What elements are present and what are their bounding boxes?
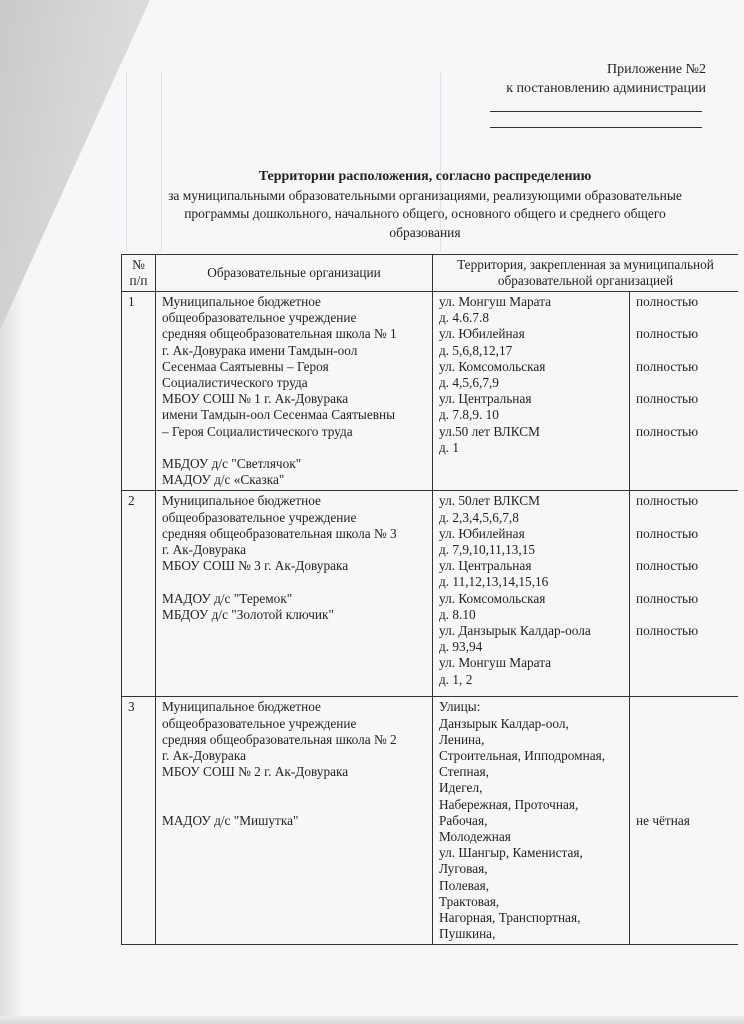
header-territory-line: Территория, закрепленная за муниципально… bbox=[437, 257, 734, 273]
text-line: ул. Юбилейная bbox=[439, 526, 623, 542]
text-line: ул.50 лет ВЛКСМ bbox=[439, 424, 623, 440]
header-org: Образовательные организации bbox=[156, 255, 433, 292]
title-line-3: программы дошкольного, начального общего… bbox=[120, 205, 730, 224]
annex-number: Приложение №2 bbox=[506, 60, 706, 79]
row-number: 3 bbox=[122, 697, 156, 945]
text-line: МАДОУ д/с «Сказка" bbox=[162, 472, 426, 488]
text-line: средняя общеобразовательная школа № 3 bbox=[162, 526, 426, 542]
status-value: полностью bbox=[636, 623, 732, 655]
org-cell: Муниципальное бюджетноеобщеобразовательн… bbox=[156, 697, 433, 945]
header-num-line: п/п bbox=[126, 273, 151, 289]
status-cell: полностьюполностьюполностьюполностьюполн… bbox=[630, 491, 739, 697]
text-line: Степная, bbox=[439, 764, 623, 780]
text-line: Трактовая, bbox=[439, 894, 623, 910]
streets-cell: ул. Монгуш Маратад. 4.6.7.8ул. Юбилейная… bbox=[433, 292, 630, 491]
text-line: МБОУ СОШ № 1 г. Ак-Довурака bbox=[162, 391, 426, 407]
text-line: г. Ак-Довурака имени Тамдын-оол bbox=[162, 343, 426, 359]
text-line: Пушкина, bbox=[439, 926, 623, 942]
table-row: 1 Муниципальное бюджетноеобщеобразовател… bbox=[122, 292, 739, 491]
text-line: Нагорная, Транспортная, bbox=[439, 910, 623, 926]
org-cell: Муниципальное бюджетноеобщеобразовательн… bbox=[156, 491, 433, 697]
header-territory: Территория, закрепленная за муниципально… bbox=[433, 255, 739, 292]
org-cell: Муниципальное бюджетноеобщеобразовательн… bbox=[156, 292, 433, 491]
text-line: общеобразовательное учреждение bbox=[162, 510, 426, 526]
signature-line-2 bbox=[490, 127, 702, 128]
text-line: Социалистического труда bbox=[162, 375, 426, 391]
text-line: Набережная, Проточная, bbox=[439, 797, 623, 813]
status-value: полностью bbox=[636, 391, 732, 423]
text-line: д. 1 bbox=[439, 440, 623, 456]
text-line: д. 8.10 bbox=[439, 607, 623, 623]
text-line: ул. Монгуш Марата bbox=[439, 655, 623, 671]
territory-table: № п/п Образовательные организации Террит… bbox=[121, 254, 738, 945]
table-header-row: № п/п Образовательные организации Террит… bbox=[122, 255, 739, 292]
title-line-4: образования bbox=[120, 224, 730, 243]
text-line: д. 4.6.7.8 bbox=[439, 310, 623, 326]
header-territory-line: образовательной организацией bbox=[437, 273, 734, 289]
text-line: Ленина, bbox=[439, 732, 623, 748]
text-line: средняя общеобразовательная школа № 1 bbox=[162, 326, 426, 342]
text-line: Сесенмаа Саятыевны – Героя bbox=[162, 359, 426, 375]
text-line: д. 7,9,10,11,13,15 bbox=[439, 542, 623, 558]
text-line: Полевая, bbox=[439, 878, 623, 894]
text-line: Луговая, bbox=[439, 861, 623, 877]
document-title: Территории расположения, согласно распре… bbox=[120, 168, 730, 242]
text-line: МБОУ СОШ № 3 г. Ак-Довурака bbox=[162, 558, 426, 574]
header-num-line: № bbox=[126, 257, 151, 273]
text-line: ул. Центральная bbox=[439, 391, 623, 407]
text-line: Данзырык Калдар-оол, bbox=[439, 716, 623, 732]
text-line: Идегел, bbox=[439, 780, 623, 796]
text-line: МАДОУ д/с "Теремок" bbox=[162, 591, 426, 607]
text-line: общеобразовательное учреждение bbox=[162, 716, 426, 732]
title-line-2: за муниципальными образовательными орган… bbox=[120, 187, 730, 206]
text-line: МБДОУ д/с "Светлячок" bbox=[162, 456, 426, 472]
header-num: № п/п bbox=[122, 255, 156, 292]
title-main: Территории расположения, согласно распре… bbox=[120, 168, 730, 187]
text-line: Строительная, Ипподромная, bbox=[439, 748, 623, 764]
status-value: полностью bbox=[636, 294, 732, 326]
status-value: полностью bbox=[636, 591, 732, 623]
text-line: Улицы: bbox=[439, 699, 623, 715]
text-line: имени Тамдын-оол Сесенмаа Саятыевны bbox=[162, 407, 426, 423]
text-line: МБОУ СОШ № 2 г. Ак-Довурака bbox=[162, 764, 426, 780]
signature-line-1 bbox=[490, 111, 702, 112]
blank-line bbox=[162, 797, 426, 813]
status-value: полностью bbox=[636, 526, 732, 558]
annex-header: Приложение №2 к постановлению администра… bbox=[506, 60, 706, 98]
blank-line bbox=[162, 440, 426, 456]
blank-line bbox=[162, 574, 426, 590]
status-cell: полностьюполностьюполностьюполностьюполн… bbox=[630, 292, 739, 491]
status-value: полностью bbox=[636, 558, 732, 590]
text-line: Муниципальное бюджетное bbox=[162, 699, 426, 715]
text-line: ул. 50лет ВЛКСМ bbox=[439, 493, 623, 509]
text-line: д. 4,5,6,7,9 bbox=[439, 375, 623, 391]
text-line: МБДОУ д/с "Золотой ключик" bbox=[162, 607, 426, 623]
row-number: 1 bbox=[122, 292, 156, 491]
status-value: полностью bbox=[636, 424, 732, 456]
status-value: полностью bbox=[636, 493, 732, 525]
status-value: полностью bbox=[636, 326, 732, 358]
text-line: ул. Данзырык Калдар-оола bbox=[439, 623, 623, 639]
text-line: д. 7.8,9. 10 bbox=[439, 407, 623, 423]
text-line: средняя общеобразовательная школа № 2 bbox=[162, 732, 426, 748]
blank-line bbox=[162, 780, 426, 796]
table-row: 3 Муниципальное бюджетноеобщеобразовател… bbox=[122, 697, 739, 945]
status-value: полностью bbox=[636, 359, 732, 391]
text-line: г. Ак-Довурака bbox=[162, 748, 426, 764]
streets-cell: Улицы:Данзырык Калдар-оол,Ленина,Строите… bbox=[433, 697, 630, 945]
text-line: ул. Юбилейная bbox=[439, 326, 623, 342]
text-line: д. 11,12,13,14,15,16 bbox=[439, 574, 623, 590]
text-line: общеобразовательное учреждение bbox=[162, 310, 426, 326]
text-line: ул. Центральная bbox=[439, 558, 623, 574]
text-line: Муниципальное бюджетное bbox=[162, 294, 426, 310]
text-line: д. 2,3,4,5,6,7,8 bbox=[439, 510, 623, 526]
text-line: д. 1, 2 bbox=[439, 672, 623, 688]
text-line: МАДОУ д/с "Мишутка" bbox=[162, 813, 426, 829]
text-line: д. 5,6,8,12,17 bbox=[439, 343, 623, 359]
row-number: 2 bbox=[122, 491, 156, 697]
text-line: Молодежная bbox=[439, 829, 623, 845]
text-line: г. Ак-Довурака bbox=[162, 542, 426, 558]
text-line: ул. Комсомольская bbox=[439, 359, 623, 375]
text-line: ул. Монгуш Марата bbox=[439, 294, 623, 310]
text-line: ул. Шангыр, Каменистая, bbox=[439, 845, 623, 861]
text-line: Рабочая, bbox=[439, 813, 623, 829]
status-cell: не чётная bbox=[630, 697, 739, 945]
text-line: д. 93,94 bbox=[439, 639, 623, 655]
text-line: Муниципальное бюджетное bbox=[162, 493, 426, 509]
annex-subtitle: к постановлению администрации bbox=[506, 79, 706, 98]
streets-cell: ул. 50лет ВЛКСМд. 2,3,4,5,6,7,8 ул. Юбил… bbox=[433, 491, 630, 697]
text-line: – Героя Социалистического труда bbox=[162, 424, 426, 440]
table-row: 2 Муниципальное бюджетноеобщеобразовател… bbox=[122, 491, 739, 697]
text-line: ул. Комсомольская bbox=[439, 591, 623, 607]
status-value: не чётная bbox=[636, 699, 732, 829]
scan-shadow-bottom bbox=[0, 1016, 744, 1024]
